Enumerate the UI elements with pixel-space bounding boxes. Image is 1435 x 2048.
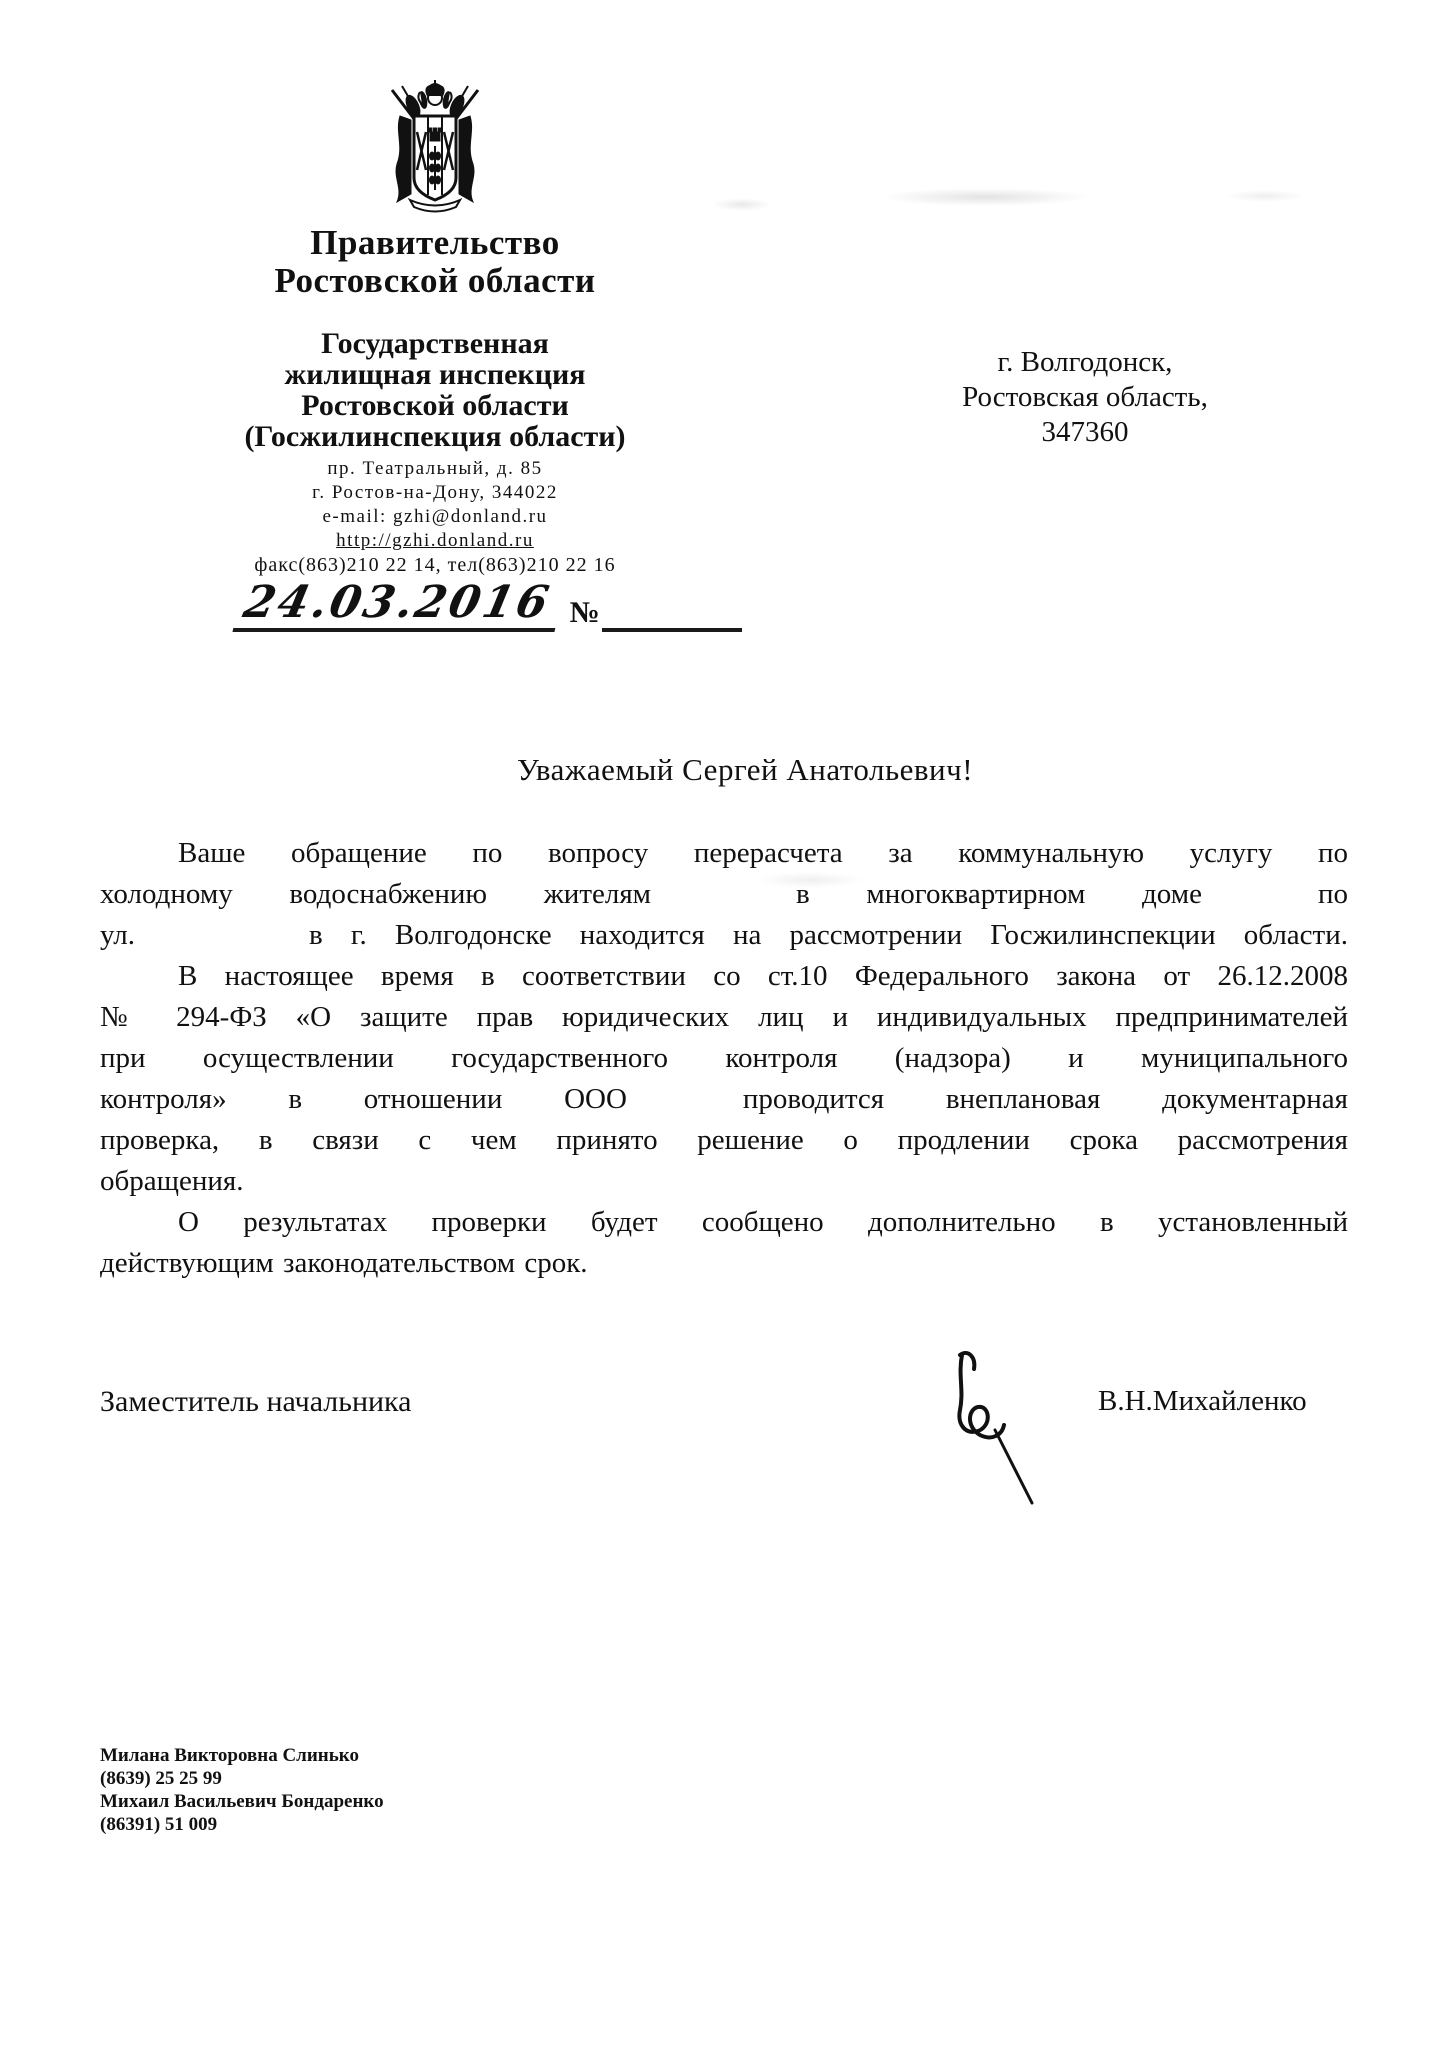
sender-website: http://gzhi.donland.ru — [130, 529, 740, 553]
scan-smudge — [880, 188, 1090, 206]
contact-name: Михаил Васильевич Бондаренко — [100, 1790, 384, 1813]
body-line: ул. в г. Волгодонске находится на рассмо… — [100, 915, 1348, 956]
contact-phone: (86391) 51 009 — [100, 1813, 384, 1836]
recipient-address: г. Волгодонск, Ростовская область, 34736… — [925, 345, 1245, 450]
sender-email: e-mail: gzhi@donland.ru — [130, 505, 740, 529]
recipient-postcode: 347360 — [925, 415, 1245, 450]
blank-number-line — [602, 592, 742, 632]
body-line: Ваше обращение по вопросу перерасчета за… — [100, 833, 1348, 874]
body-line: обращения. — [100, 1161, 1348, 1202]
body-line: В настоящее время в соответствии со ст.1… — [100, 956, 1348, 997]
body-line: № 294-ФЗ «О защите прав юридических лиц … — [100, 997, 1348, 1038]
body-line: О результатах проверки будет сообщено до… — [100, 1202, 1348, 1243]
rostov-oblast-coat-of-arms-icon — [369, 74, 501, 214]
scan-smudge — [1225, 190, 1305, 202]
body-line: при осуществлении государственного контр… — [100, 1038, 1348, 1079]
body-line: контроля» в отношении ООО проводится вне… — [100, 1079, 1348, 1120]
letter-body: Ваше обращение по вопросу перерасчета за… — [100, 833, 1348, 1284]
body-line: действующим законодательством срок. — [100, 1243, 1348, 1284]
date-number-line: 24.03.2016 № — [238, 580, 742, 632]
contact-name: Милана Викторовна Слинько — [100, 1744, 384, 1767]
scanned-letter-page: Правительство Ростовской области Государ… — [0, 0, 1435, 2048]
sender-street: пр. Театральный, д. 85 — [130, 457, 740, 481]
handwritten-signature-icon — [940, 1335, 1120, 1510]
recipient-city: г. Волгодонск, — [925, 345, 1245, 380]
inspection-name: Государственная жилищная инспекция Росто… — [130, 328, 740, 452]
signature-title: Заместитель начальника — [100, 1385, 411, 1419]
letterhead: Правительство Ростовской области Государ… — [130, 74, 740, 578]
body-line: проверка, в связи с чем принято решение … — [100, 1120, 1348, 1161]
recipient-region: Ростовская область, — [925, 380, 1245, 415]
body-line: холодному водоснабжению жителям в многок… — [100, 874, 1348, 915]
contact-phone: (8639) 25 25 99 — [100, 1767, 384, 1790]
sender-city: г. Ростов-на-Дону, 344022 — [130, 481, 740, 505]
salutation: Уважаемый Сергей Анатольевич! — [0, 752, 1435, 788]
executor-contacts: Милана Викторовна Слинько (8639) 25 25 9… — [100, 1744, 384, 1836]
government-name: Правительство Ростовской области — [130, 224, 740, 300]
sender-phones: факс(863)210 22 14, тел(863)210 22 16 — [130, 553, 740, 578]
signatory-name: В.Н.Михайленко — [1098, 1385, 1307, 1418]
number-sign: № — [570, 596, 600, 632]
handwritten-date: 24.03.2016 — [232, 580, 565, 632]
